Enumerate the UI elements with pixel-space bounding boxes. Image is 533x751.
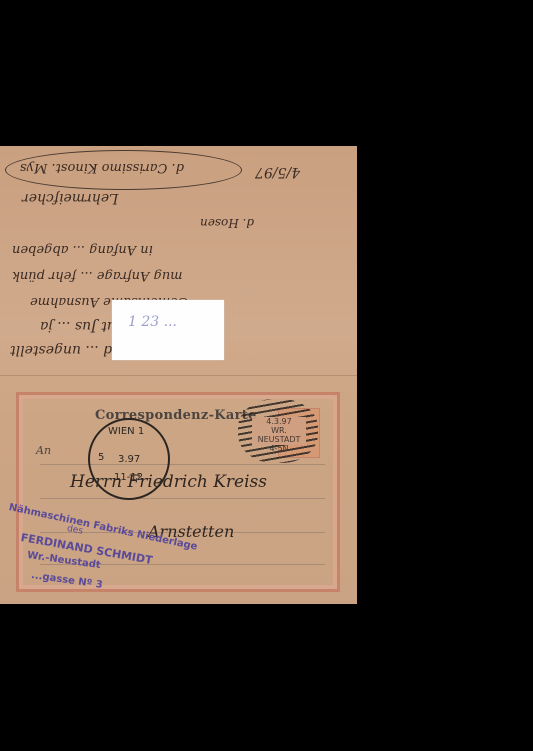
postcard: d. Carissimo Kinost. Mys Lehrmeifcher d.… xyxy=(0,146,357,604)
inventory-label xyxy=(112,300,224,360)
salutation: An xyxy=(36,444,51,457)
recipient-name: Herrn Friedrich Kreiss xyxy=(70,472,267,492)
handwriting-line: Lehrmeifcher xyxy=(22,190,118,206)
handwriting-line: in Anfang ... abgeben xyxy=(12,242,153,257)
postmark-time: 4-5N xyxy=(252,444,306,453)
reply-half: d. Carissimo Kinost. Mys Lehrmeifcher d.… xyxy=(0,146,357,375)
postmark-hex: 4.3.97 WR. NEUSTADT 4-5N xyxy=(238,399,318,463)
fold-line xyxy=(0,375,357,376)
inventory-label-text: 1 23 ... xyxy=(128,314,177,330)
postmark-day: 5 xyxy=(98,452,104,463)
address-line xyxy=(40,464,325,465)
handwriting-line: d. Hosen xyxy=(200,216,254,230)
postmark-city: WIEN 1 xyxy=(108,426,144,437)
postmark-city: WR. NEUSTADT xyxy=(252,426,306,444)
address-line xyxy=(40,498,325,499)
handwriting-line: d. Carissimo Kinost. Mys xyxy=(20,160,184,175)
postmark-date: 3.97 xyxy=(118,454,140,465)
corner-note: 4/5/97 xyxy=(255,164,300,180)
handwriting-line: mug Anfrage ... fehr pünk xyxy=(12,268,183,283)
postmark-date: 4.3.97 xyxy=(252,417,306,426)
